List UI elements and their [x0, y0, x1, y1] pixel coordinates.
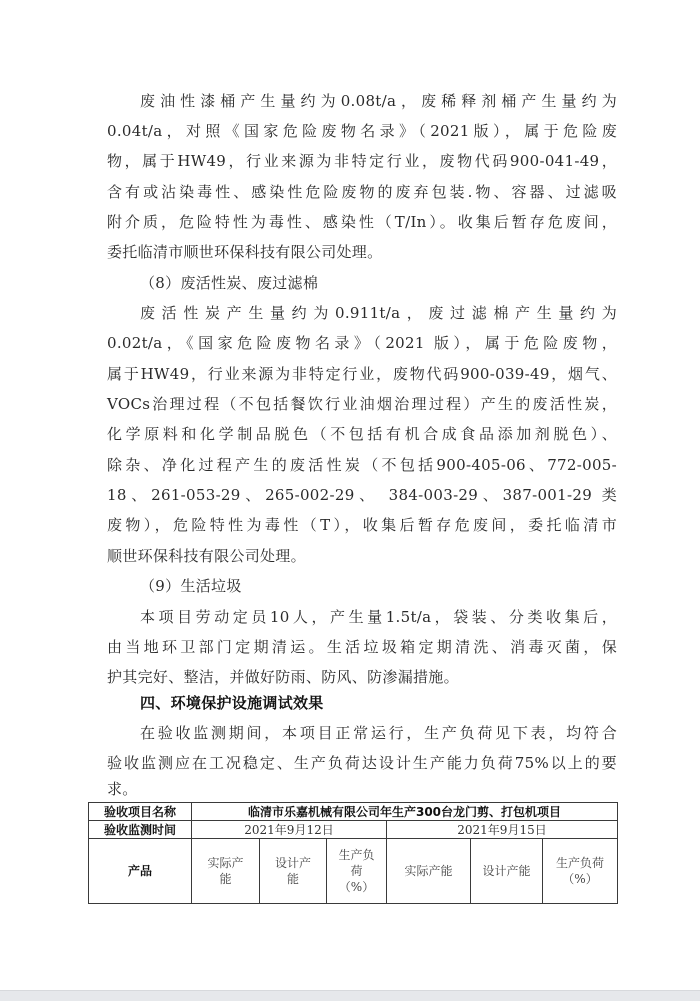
text: 0.02t/a，《国家危险废物名录》（2021 版），属于危险废物，	[107, 331, 617, 355]
text: 含有或沾染毒性、感染性危险废物的废弃包装.物、容器、过滤吸	[107, 180, 617, 204]
paragraph-line: 0.04t/a，对照《国家危险废物名录》（2021版），属于危险废	[107, 119, 617, 143]
text: 化学原料和化学制品脱色（不包括有机合成食品添加剂脱色）、	[107, 422, 617, 446]
text: 顺世环保科技有限公司处理。	[107, 544, 306, 568]
paragraph-line: 护其完好、整洁，并做好防雨、防风、防渗漏措施。	[107, 665, 617, 689]
project-name-value: 临清市乐嘉机械有限公司年生产300台龙门剪、打包机项目	[192, 803, 618, 821]
d1-design-capacity-header: 设计产 能	[260, 839, 327, 904]
text: 求。	[107, 777, 138, 801]
text: 废物），危险特性为毒性（T），收集后暂存危废间，委托临清市	[107, 513, 617, 537]
paragraph-line: 属于HW49，行业来源为非特定行业，废物代码900-039-49，烟气、	[107, 362, 617, 386]
text: VOCs治理过程（不包括餐饮行业油烟治理过程）产生的废活性炭，	[107, 392, 617, 416]
monitoring-date-1: 2021年9月12日	[192, 821, 387, 839]
paragraph-line: 验收监测应在工况稳定、生产负荷达设计生产能力负荷75%以上的要	[107, 751, 617, 775]
subheading-text: （8）废活性炭、废过滤棉	[140, 271, 318, 295]
d1-load-percent-header: 生产负 荷 （%）	[327, 839, 387, 904]
paragraph-line: 废物），危险特性为毒性（T），收集后暂存危废间，委托临清市	[107, 513, 617, 537]
monitoring-date-2: 2021年9月15日	[387, 821, 618, 839]
subheading-8: （8）废活性炭、废过滤棉	[140, 271, 650, 295]
d2-load-percent-header: 生产负荷 （%）	[543, 839, 618, 904]
paragraph-line: 除杂、净化过程产生的废活性炭（不包括900-405-06、772-005-	[107, 453, 617, 477]
section-heading-text: 四、环境保护设施调试效果	[140, 691, 324, 715]
paragraph-line: 0.02t/a，《国家危险废物名录》（2021 版），属于危险废物，	[107, 331, 617, 355]
d1-actual-capacity-header: 实际产 能	[192, 839, 260, 904]
text: 废活性炭产生量约为0.911t/a，废过滤棉产生量约为	[140, 301, 617, 325]
paragraph-line: 含有或沾染毒性、感染性危险废物的废弃包装.物、容器、过滤吸	[107, 180, 617, 204]
text: 除杂、净化过程产生的废活性炭（不包括900-405-06、772-005-	[107, 453, 617, 477]
text: 0.04t/a，对照《国家危险废物名录》（2021版），属于危险废	[107, 119, 617, 143]
text: 委托临清市顺世环保科技有限公司处理。	[107, 240, 382, 264]
subheading-text: （9）生活垃圾	[140, 574, 242, 598]
subheading-9: （9）生活垃圾	[140, 574, 650, 598]
project-name-label: 验收项目名称	[89, 803, 192, 821]
paragraph-line: 本项目劳动定员10人，产生量1.5t/a，袋装、分类收集后，	[140, 605, 617, 629]
paragraph-line: 附介质，危险特性为毒性、感染性（T/In）。收集后暂存危废间，	[107, 210, 617, 234]
production-load-table: 验收项目名称 临清市乐嘉机械有限公司年生产300台龙门剪、打包机项目 验收监测时…	[88, 802, 618, 904]
viewer-bottom-edge	[0, 990, 700, 1001]
table-row-column-headers: 产品 实际产 能 设计产 能 生产负 荷 （%） 实际产能 设计产能 生产负荷 …	[89, 839, 618, 904]
text: 在验收监测期间，本项目正常运行，生产负荷见下表，均符合	[140, 721, 617, 745]
d2-design-capacity-header: 设计产能	[471, 839, 543, 904]
d2-actual-capacity-header: 实际产能	[387, 839, 471, 904]
table-row-monitoring-time: 验收监测时间 2021年9月12日 2021年9月15日	[89, 821, 618, 839]
paragraph-line: 在验收监测期间，本项目正常运行，生产负荷见下表，均符合	[140, 721, 617, 745]
text: 由当地环卫部门定期清运。生活垃圾箱定期清洗、消毒灭菌，保	[107, 635, 617, 659]
table-row-project-name: 验收项目名称 临清市乐嘉机械有限公司年生产300台龙门剪、打包机项目	[89, 803, 618, 821]
text: 验收监测应在工况稳定、生产负荷达设计生产能力负荷75%以上的要	[107, 751, 617, 775]
text: 本项目劳动定员10人，产生量1.5t/a，袋装、分类收集后，	[140, 605, 617, 629]
section-heading: 四、环境保护设施调试效果	[140, 691, 650, 715]
paragraph-line: 废油性漆桶产生量约为0.08t/a，废稀释剂桶产生量约为	[140, 89, 617, 113]
paragraph-line: 废活性炭产生量约为0.911t/a，废过滤棉产生量约为	[140, 301, 617, 325]
text: 属于HW49，行业来源为非特定行业，废物代码900-039-49，烟气、	[107, 362, 617, 386]
monitoring-time-label: 验收监测时间	[89, 821, 192, 839]
text: 18、261-053-29、265-002-29、 384-003-29、387…	[107, 483, 617, 507]
paragraph-line: 由当地环卫部门定期清运。生活垃圾箱定期清洗、消毒灭菌，保	[107, 635, 617, 659]
paragraph-line: 18、261-053-29、265-002-29、 384-003-29、387…	[107, 483, 617, 507]
text: 附介质，危险特性为毒性、感染性（T/In）。收集后暂存危废间，	[107, 210, 617, 234]
paragraph-line: 委托临清市顺世环保科技有限公司处理。	[107, 240, 617, 264]
paragraph-line: 物，属于HW49，行业来源为非特定行业，废物代码900-041-49，	[107, 149, 617, 173]
product-header: 产品	[89, 839, 192, 904]
text: 废油性漆桶产生量约为0.08t/a，废稀释剂桶产生量约为	[140, 89, 617, 113]
document-page: 废油性漆桶产生量约为0.08t/a，废稀释剂桶产生量约为 0.04t/a，对照《…	[0, 0, 700, 990]
text: 物，属于HW49，行业来源为非特定行业，废物代码900-041-49，	[107, 149, 617, 173]
text: 护其完好、整洁，并做好防雨、防风、防渗漏措施。	[107, 665, 459, 689]
paragraph-line: 顺世环保科技有限公司处理。	[107, 544, 617, 568]
paragraph-line: 求。	[107, 777, 617, 801]
paragraph-line: VOCs治理过程（不包括餐饮行业油烟治理过程）产生的废活性炭，	[107, 392, 617, 416]
paragraph-line: 化学原料和化学制品脱色（不包括有机合成食品添加剂脱色）、	[107, 422, 617, 446]
